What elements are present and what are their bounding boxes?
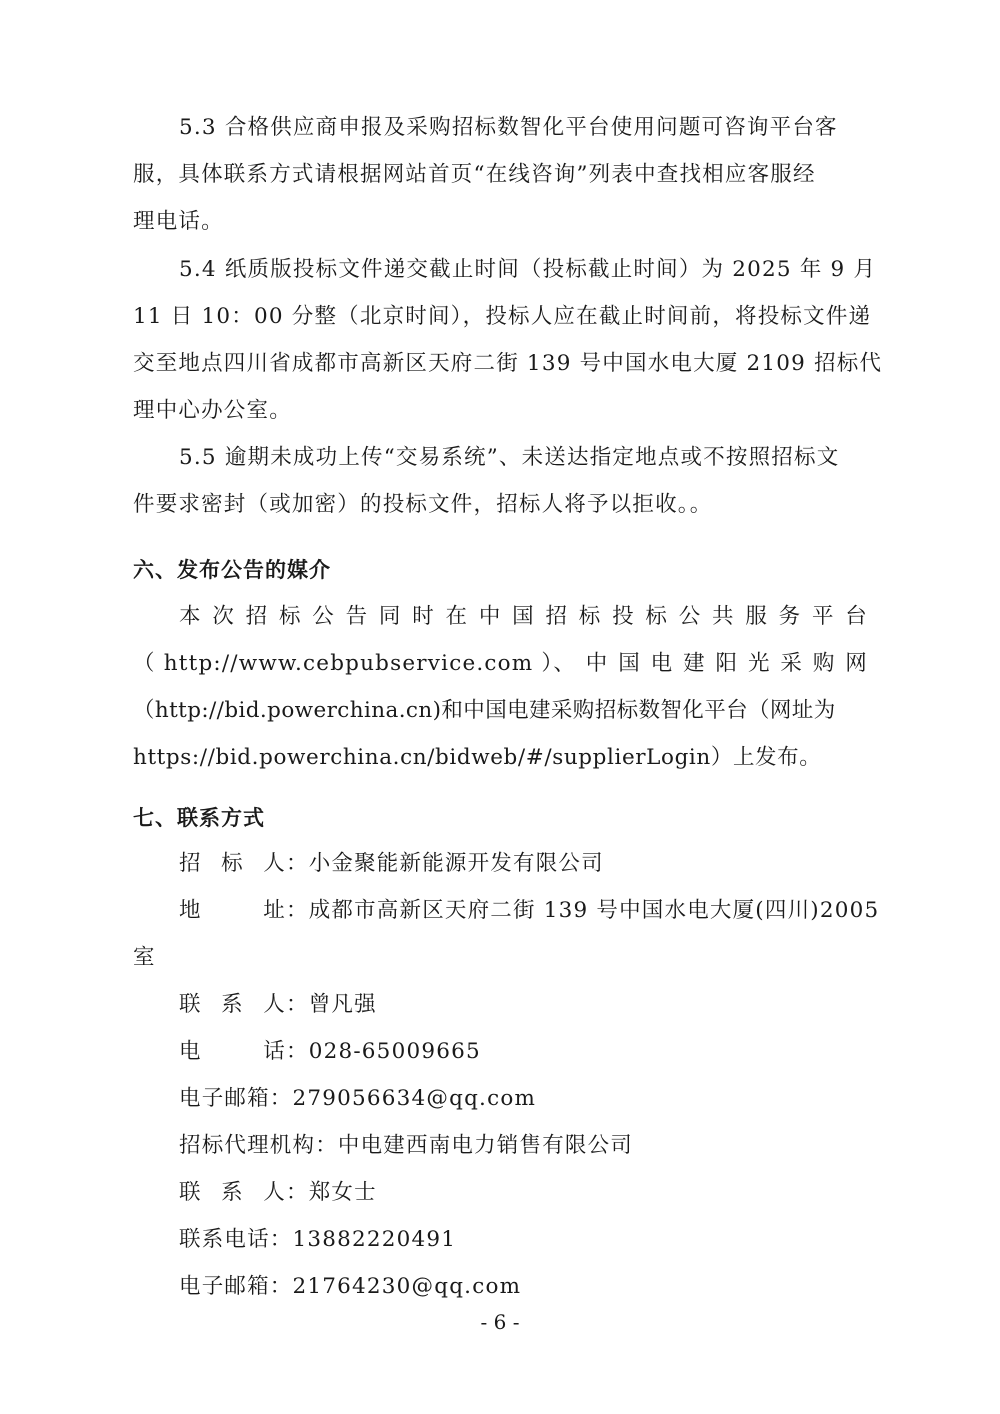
email-row: 电子邮箱：279056634@qq.com xyxy=(179,1083,536,1115)
section-6-line-4: https://bid.powerchina.cn/bidweb/#/suppl… xyxy=(133,742,821,774)
agency-email-row: 电子邮箱：21764230@qq.com xyxy=(179,1271,521,1303)
char: 系 xyxy=(221,989,244,1021)
char: 系 xyxy=(221,1177,244,1209)
char: 地 xyxy=(179,895,202,927)
address-value: 成都市高新区天府二街 139 号中国水电大厦(四川)2005 xyxy=(309,898,880,923)
agency-contact-value: 郑女士 xyxy=(309,1180,377,1205)
char: 在 xyxy=(446,601,469,633)
tenderer-label: 招 标 人 xyxy=(179,848,286,880)
paragraph-5-4-line-2: 11 日 10：00 分整（北京时间），投标人应在截止时间前，将投标文件递 xyxy=(133,301,871,333)
char: 联 xyxy=(179,1177,202,1209)
agency-phone-label: 联系电话： xyxy=(179,1227,293,1252)
email-value[interactable]: 279056634@qq.com xyxy=(293,1086,537,1111)
char: 平 xyxy=(812,601,835,633)
char: 同 xyxy=(379,601,402,633)
char: 本 xyxy=(179,601,202,633)
phone-label: 电 话 xyxy=(179,1036,286,1068)
colon: ： xyxy=(286,851,309,876)
char: 阳 xyxy=(716,648,739,680)
email-label: 电子邮箱： xyxy=(179,1086,293,1111)
char: 购 xyxy=(813,648,836,680)
char: 标 xyxy=(579,601,602,633)
agency-label: 招标代理机构： xyxy=(179,1133,338,1158)
char: 建 xyxy=(683,648,706,680)
char: 中 xyxy=(586,648,609,680)
agency-contact-label: 联 系 人 xyxy=(179,1177,286,1209)
section-6-heading: 六、发布公告的媒介 xyxy=(133,554,331,586)
char: 务 xyxy=(779,601,802,633)
page-number: - 6 - xyxy=(0,1308,1000,1336)
paragraph-5-4-line-3: 交至地点四川省成都市高新区天府二街 139 号中国水电大厦 2109 招标代 xyxy=(133,348,882,380)
agency-phone-row: 联系电话：13882220491 xyxy=(179,1224,456,1256)
colon: ： xyxy=(286,1180,309,1205)
char: 采 xyxy=(780,648,803,680)
char: 话 xyxy=(263,1036,286,1068)
char: 标 xyxy=(279,601,302,633)
agency-phone-value: 13882220491 xyxy=(293,1227,457,1252)
char: 国 xyxy=(618,648,641,680)
agency-value: 中电建西南电力销售有限公司 xyxy=(338,1133,633,1158)
char: 台 xyxy=(845,601,868,633)
agency-row: 招标代理机构：中电建西南电力销售有限公司 xyxy=(179,1130,633,1162)
link-cebpubservice[interactable]: （ http://www.cebpubservice.com ）、 xyxy=(133,648,576,680)
address-row: 地 址 ：成都市高新区天府二街 139 号中国水电大厦(四川)2005 xyxy=(179,895,879,927)
address-label: 地 址 xyxy=(179,895,286,927)
char: 服 xyxy=(745,601,768,633)
paragraph-5-3-line-2: 服，具体联系方式请根据网站首页“在线咨询”列表中查找相应客服经 xyxy=(133,159,816,191)
section-6-line-3: （http://bid.powerchina.cn)和中国电建采购招标数智化平台… xyxy=(133,695,836,727)
char: 中 xyxy=(479,601,502,633)
address-continuation: 室 xyxy=(133,942,156,974)
phone-row: 电 话 ：028-65009665 xyxy=(179,1036,481,1068)
section-6-line-1: 本 次 招 标 公 告 同 时 在 中 国 招 标 投 标 公 共 服 务 平 … xyxy=(179,601,868,633)
char: 招 xyxy=(179,848,202,880)
char: 公 xyxy=(312,601,335,633)
colon: ： xyxy=(286,992,309,1017)
paragraph-5-4-line-1: 5.4 纸质版投标文件递交截止时间（投标截止时间）为 2025 年 9 月 xyxy=(179,254,876,286)
section-6-line-2: （ http://www.cebpubservice.com ）、 中 国 电 … xyxy=(133,648,868,680)
colon: ： xyxy=(286,1039,309,1064)
paragraph-5-5-line-1: 5.5 逾期未成功上传“交易系统”、未送达指定地点或不按照招标文 xyxy=(179,442,839,474)
char: 网 xyxy=(845,648,868,680)
section-7-heading: 七、联系方式 xyxy=(133,802,265,834)
phone-value: 028-65009665 xyxy=(309,1039,481,1064)
char: 招 xyxy=(246,601,269,633)
paragraph-5-5-line-2: 件要求密封（或加密）的投标文件，招标人将予以拒收。。 xyxy=(133,489,712,521)
char: 联 xyxy=(179,989,202,1021)
paragraph-5-3-line-1: 5.3 合格供应商申报及采购招标数智化平台使用问题可咨询平台客 xyxy=(179,112,838,144)
contact-row: 联 系 人 ：曾凡强 xyxy=(179,989,377,1021)
char: 共 xyxy=(712,601,735,633)
char: 电 xyxy=(651,648,674,680)
paragraph-5-4-line-4: 理中心办公室。 xyxy=(133,395,292,427)
tenderer-value: 小金聚能新能源开发有限公司 xyxy=(309,851,604,876)
char: 时 xyxy=(412,601,435,633)
agency-email-label: 电子邮箱： xyxy=(179,1274,293,1299)
colon: ： xyxy=(286,898,309,923)
contact-value: 曾凡强 xyxy=(309,992,377,1017)
agency-email-value[interactable]: 21764230@qq.com xyxy=(293,1274,522,1299)
char: 国 xyxy=(512,601,535,633)
char: 人 xyxy=(263,848,286,880)
paragraph-5-3-line-3: 理电话。 xyxy=(133,206,224,238)
char: 人 xyxy=(263,989,286,1021)
char: 告 xyxy=(346,601,369,633)
char: 公 xyxy=(679,601,702,633)
char: 次 xyxy=(212,601,235,633)
char: 招 xyxy=(545,601,568,633)
char: 人 xyxy=(263,1177,286,1209)
char: 标 xyxy=(645,601,668,633)
char: 光 xyxy=(748,648,771,680)
contact-label: 联 系 人 xyxy=(179,989,286,1021)
char: 标 xyxy=(221,848,244,880)
char: 址 xyxy=(263,895,286,927)
char: 投 xyxy=(612,601,635,633)
char: 电 xyxy=(179,1036,202,1068)
agency-contact-row: 联 系 人 ：郑女士 xyxy=(179,1177,377,1209)
tenderer-row: 招 标 人 ：小金聚能新能源开发有限公司 xyxy=(179,848,604,880)
